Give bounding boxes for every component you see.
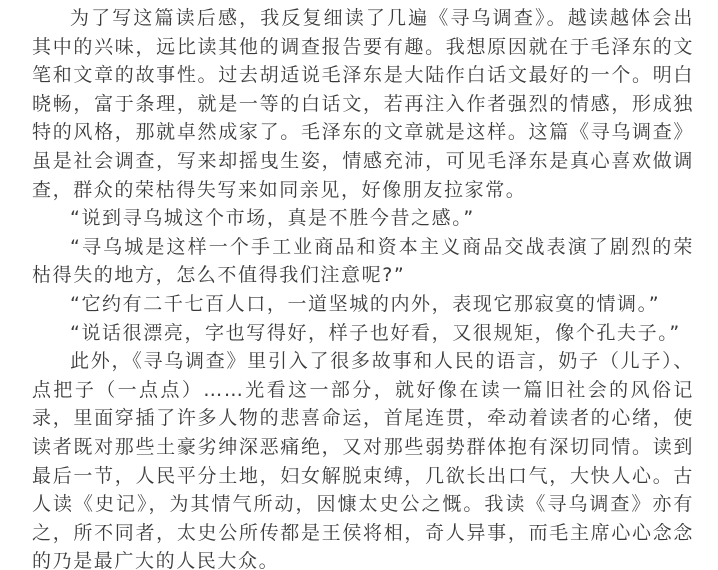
quote-population: “它约有二千七百人口，一道坚城的内外，表现它那寂寞的情调。” [32,290,694,319]
quote-confucius: “说话很漂亮，字也写得好，样子也好看，又很规矩，像个孔夫子。” [32,319,694,348]
quote-xunwu-city: “寻乌城是这样一个手工业商品和资本主义商品交战表演了剧烈的荣枯得失的地方，怎么不… [32,233,694,290]
paragraph-conclusion: 此外，《寻乌调查》里引入了很多故事和人民的语言，奶子（儿子）、点把子（一点点）…… [32,347,694,570]
document-body: 为了写这篇读后感，我反复细读了几遍《寻乌调查》。越读越体会出其中的兴味，远比读其… [32,4,694,570]
quote-market: “说到寻乌城这个市场，真是不胜今昔之感。” [32,204,694,233]
paragraph-intro: 为了写这篇读后感，我反复细读了几遍《寻乌调查》。越读越体会出其中的兴味，远比读其… [32,4,694,204]
